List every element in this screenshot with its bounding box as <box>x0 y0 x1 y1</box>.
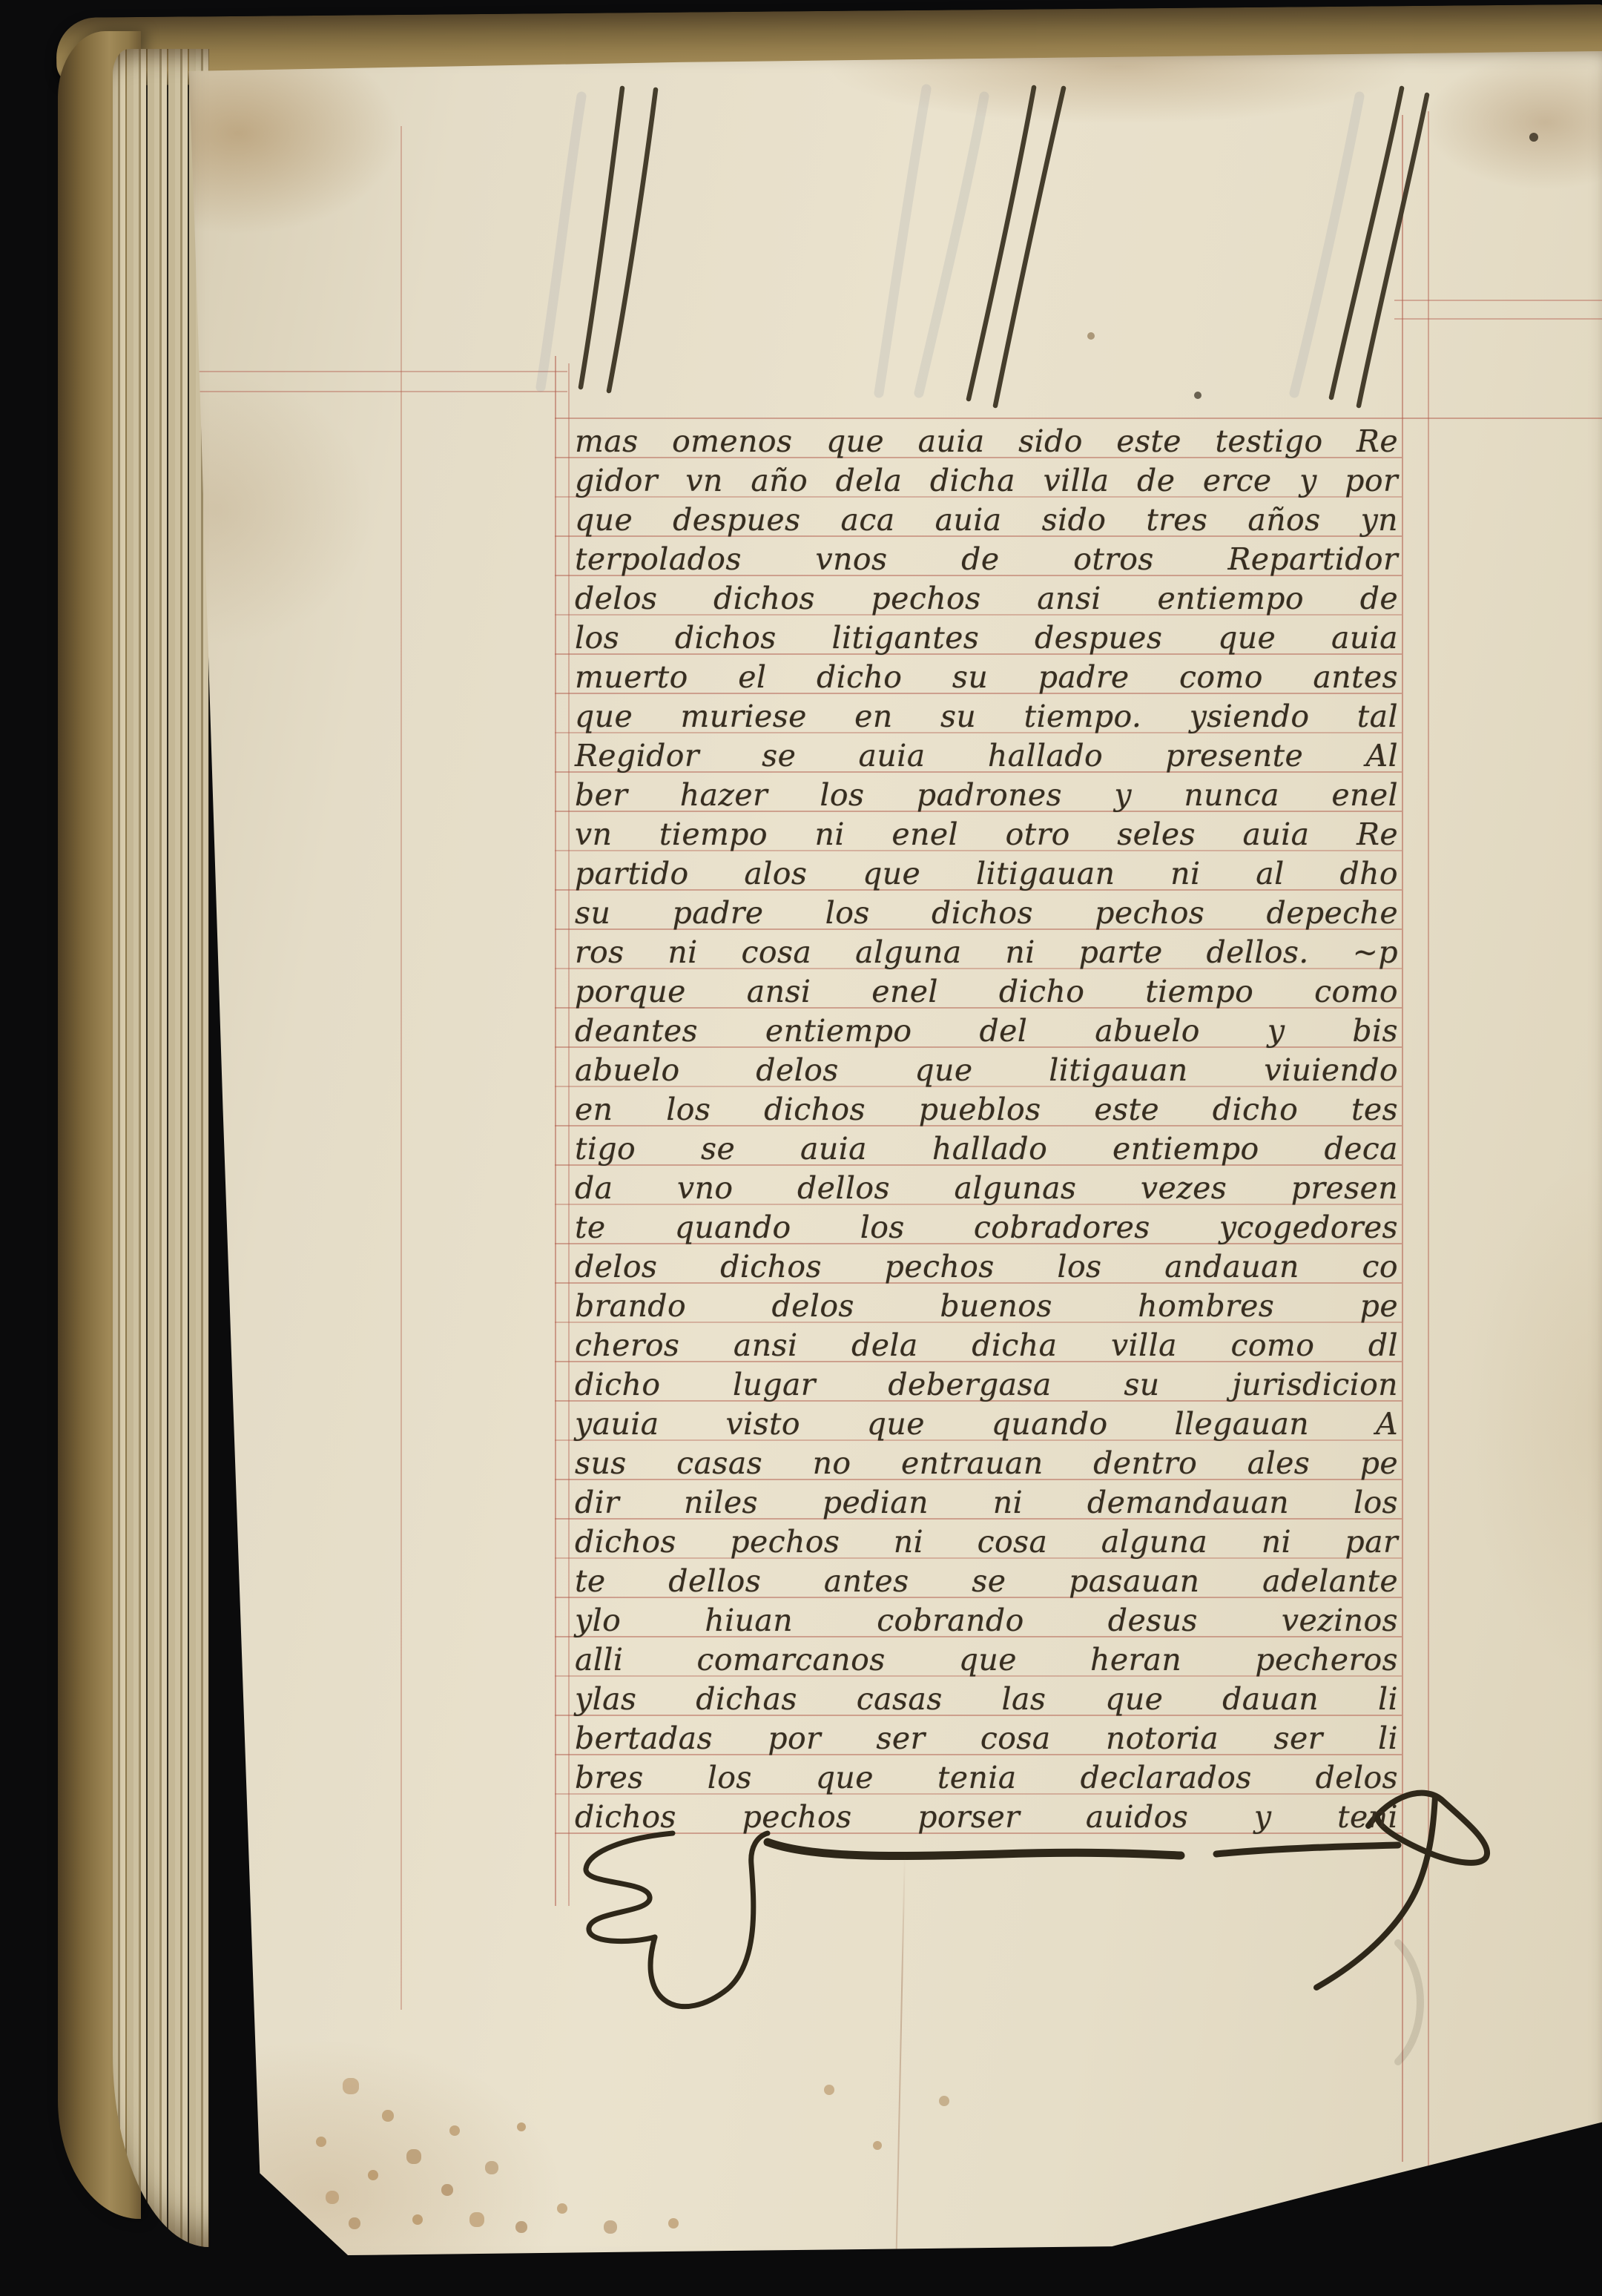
manuscript-line: gidor vn año dela dicha villa de erce y … <box>575 461 1398 501</box>
end-rubric-strokes <box>768 1842 1398 1856</box>
manuscript-line: delos dichos pechos ansi entiempo de <box>575 579 1398 618</box>
manuscript-line: bres los que tenia declarados delos <box>575 1758 1398 1798</box>
manuscript-line: dichos pechos porser auidos y teni <box>575 1798 1398 1837</box>
manuscript-line: porque ansi enel dicho tiempo como <box>575 972 1398 1012</box>
manuscript-line: bertadas por ser cosa notoria ser li <box>575 1719 1398 1758</box>
manuscript-line: te quando los cobradores ycogedores <box>575 1208 1398 1247</box>
photo-background: mas omenos que auia sido este testigo Re… <box>0 0 1602 2296</box>
manuscript-line: su padre los dichos pechos depeche <box>575 894 1398 933</box>
manuscript-line: te dellos antes se pasauan adelante <box>575 1562 1398 1601</box>
manuscript-line: brando delos buenos hombres pe <box>575 1287 1398 1326</box>
manuscript-line: abuelo delos que litigauan viuiendo <box>575 1051 1398 1090</box>
manuscript-line: en los dichos pueblos este dicho tes <box>575 1090 1398 1129</box>
text-block: mas omenos que auia sido este testigo Re… <box>575 422 1398 1837</box>
manuscript-line: ros ni cosa alguna ni parte dellos. ~p <box>575 933 1398 972</box>
manuscript-line: dichos pechos ni cosa alguna ni par <box>575 1523 1398 1562</box>
show-through-smudges <box>541 89 1359 393</box>
manuscript-line: da vno dellos algunas vezes presen <box>575 1169 1398 1208</box>
manuscript-line: tigo se auia hallado entiempo deca <box>575 1129 1398 1169</box>
manuscript-line: yauia visto que quando llegauan A <box>575 1405 1398 1444</box>
manuscript-line: mas omenos que auia sido este testigo Re <box>575 422 1398 461</box>
manuscript-line: ylas dichas casas las que dauan li <box>575 1680 1398 1719</box>
manuscript-line: ylo hiuan cobrando desus vezinos <box>575 1601 1398 1640</box>
manuscript-line: que despues aca auia sido tres años yn <box>575 501 1398 540</box>
manuscript-line: que muriese en su tiempo. ysiendo tal <box>575 697 1398 736</box>
manuscript-line: dir niles pedian ni demandauan los <box>575 1483 1398 1523</box>
manuscript-line: Regidor se auia hallado presente Al <box>575 736 1398 776</box>
manuscript-line: dicho lugar debergasa su jurisdicion <box>575 1365 1398 1405</box>
manuscript-line: terpolados vnos de otros Repartidor <box>575 540 1398 579</box>
manuscript-page: mas omenos que auia sido este testigo Re… <box>182 44 1602 2262</box>
manuscript-line: alli comarcanos que heran pecheros <box>575 1640 1398 1680</box>
manuscript-line: muerto el dicho su padre como antes <box>575 658 1398 697</box>
manuscript-line: vn tiempo ni enel otro seles auia Re <box>575 815 1398 854</box>
manuscript-line: deantes entiempo del abuelo y bis <box>575 1012 1398 1051</box>
end-paraph <box>586 1833 768 2007</box>
manuscript-line: ber hazer los padrones y nunca enel <box>575 776 1398 815</box>
manuscript-line: sus casas no entrauan dentro ales pe <box>575 1444 1398 1483</box>
manuscript-line: partido alos que litigauan ni al dho <box>575 854 1398 894</box>
page-edge-stack <box>113 49 209 2247</box>
manuscript-line: delos dichos pechos los andauan co <box>575 1247 1398 1287</box>
manuscript-line: cheros ansi dela dicha villa como dl <box>575 1326 1398 1365</box>
manuscript-line: los dichos litigantes despues que auia <box>575 618 1398 658</box>
